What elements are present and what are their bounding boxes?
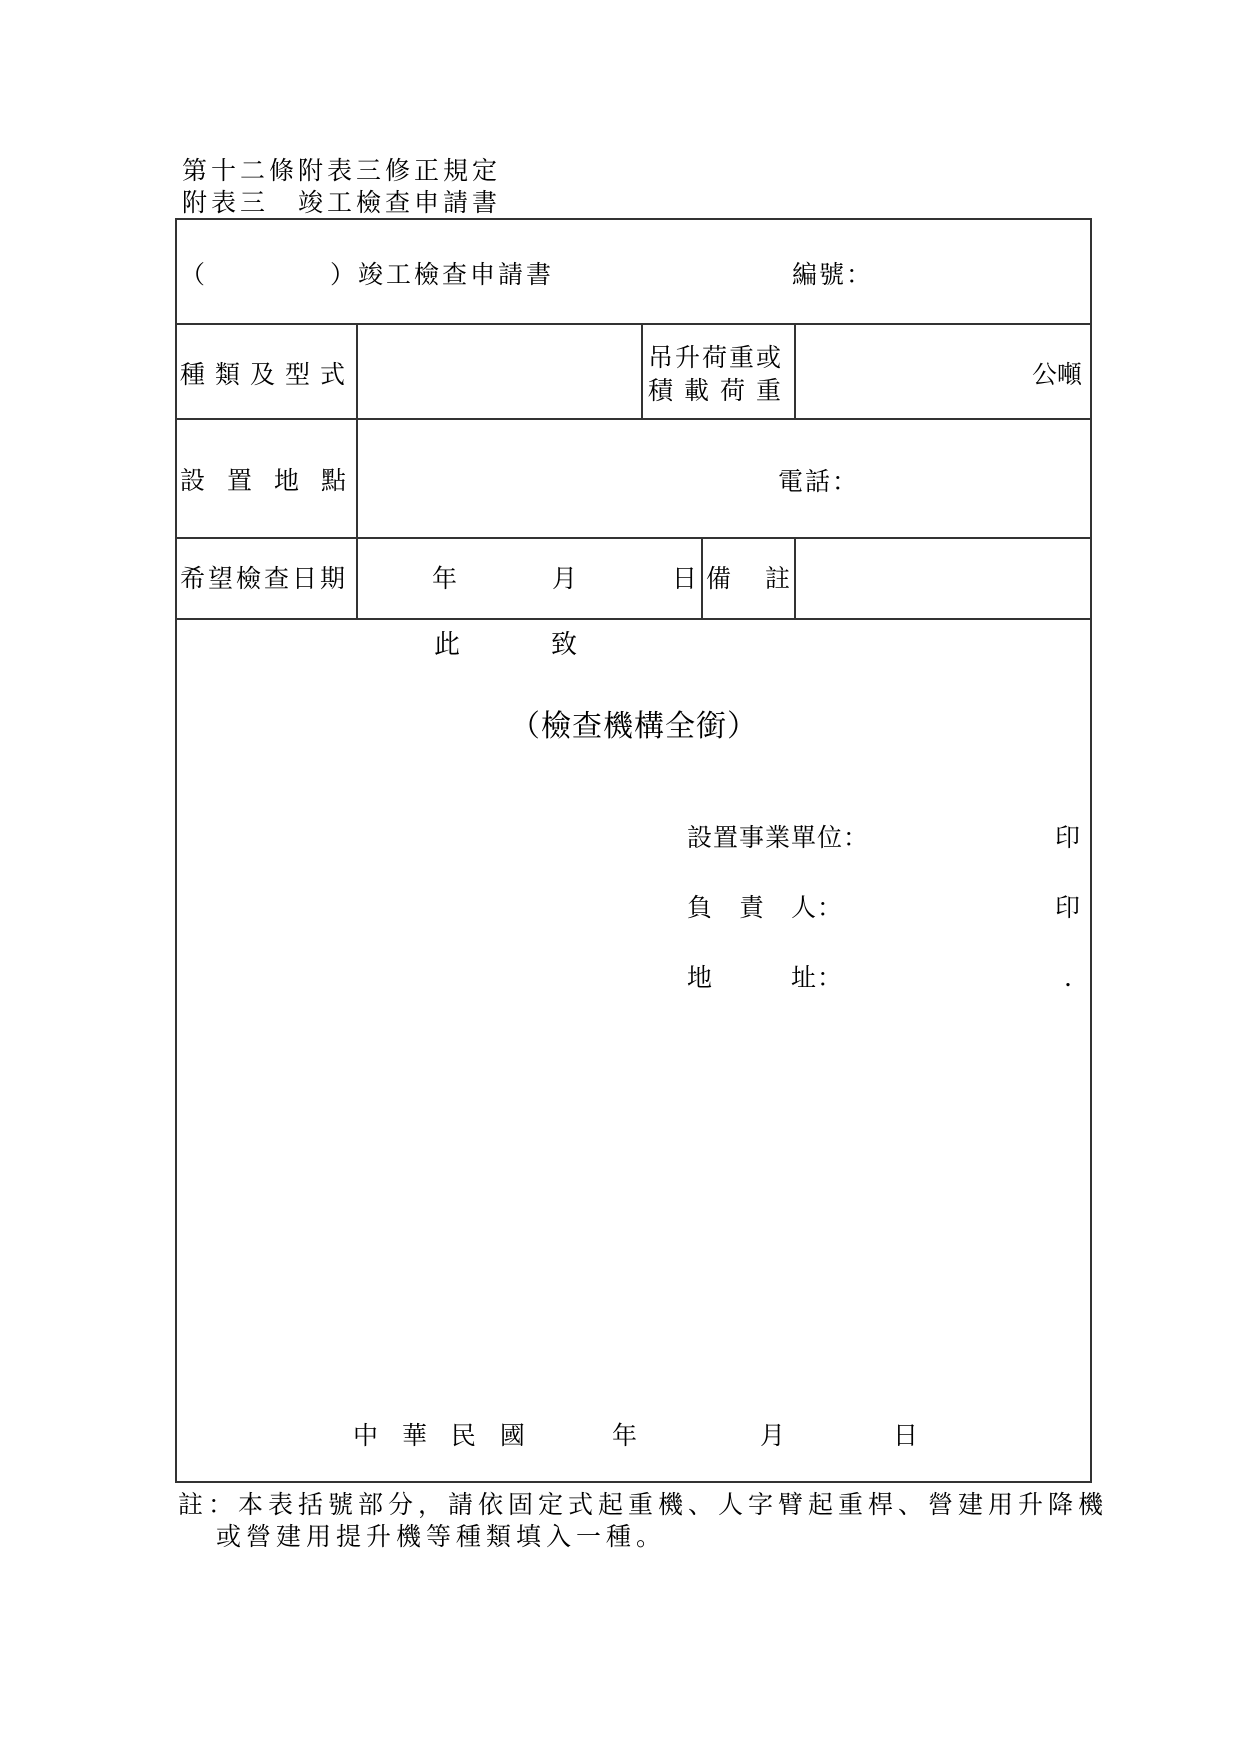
serial-number-label: 編號：: [792, 262, 873, 287]
column-divider: [641, 323, 643, 420]
desired-year-field[interactable]: [362, 545, 426, 611]
application-month-field[interactable]: [650, 1418, 755, 1452]
location-field[interactable]: [360, 422, 770, 536]
salutation-zhi: 致: [551, 632, 577, 658]
location-label: 設置地點: [180, 468, 368, 493]
form-heading: ）竣工檢查申請書: [330, 262, 554, 287]
row-divider: [175, 618, 1090, 620]
remarks-label-2: 註: [765, 566, 790, 591]
address-end-mark: .: [1064, 965, 1072, 990]
column-divider: [794, 537, 796, 620]
application-day-label: 日: [893, 1423, 918, 1448]
type-model-label: 種類及型式: [180, 362, 352, 387]
desired-month-label: 月: [552, 566, 577, 591]
salutation-ci: 此: [434, 632, 460, 658]
responsible-person-field[interactable]: [880, 885, 1050, 921]
load-capacity-field[interactable]: [798, 327, 1028, 417]
phone-label: 電話：: [778, 469, 859, 494]
footnote-line-2: 或營建用提升機等種類填入一種。: [216, 1524, 666, 1549]
load-label-line1: 吊升荷重或: [648, 345, 783, 370]
type-model-label-text: 種類及型式: [180, 362, 355, 387]
column-divider: [794, 323, 796, 420]
row-divider: [175, 537, 1090, 539]
inspection-type-open-paren: （: [180, 262, 205, 287]
application-month-label: 月: [760, 1423, 785, 1448]
row-divider: [175, 323, 1090, 325]
load-unit-label: 公噸: [1032, 362, 1082, 387]
address-field[interactable]: [880, 955, 1050, 991]
roc-era-label: 中 華 民 國: [353, 1423, 533, 1448]
desired-year-label: 年: [432, 566, 457, 591]
desired-month-field[interactable]: [462, 545, 547, 611]
desired-day-field[interactable]: [582, 545, 677, 611]
remarks-label-1: 備: [706, 566, 731, 591]
footnote-line-1: 註：本表括號部分，請依固定式起重機、人字臂起重桿、營建用升降機: [178, 1492, 1108, 1517]
inspection-type-input[interactable]: [215, 258, 325, 290]
application-day-field[interactable]: [795, 1418, 890, 1452]
address-label: 地 址：: [687, 965, 843, 990]
recipient-agency: （檢查機構全銜）: [510, 712, 758, 742]
regulation-title: 第十二條附表三修正規定: [182, 158, 501, 183]
phone-field[interactable]: [860, 455, 1085, 495]
desired-day-label: 日: [672, 566, 697, 591]
type-model-field[interactable]: [360, 327, 639, 417]
form-title: 附表三 竣工檢查申請書: [182, 190, 501, 215]
application-year-field[interactable]: [510, 1418, 605, 1452]
responsible-person-label: 負 責 人：: [687, 895, 843, 920]
remarks-field[interactable]: [798, 541, 1086, 617]
setup-unit-label: 設置事業單位：: [687, 825, 869, 850]
load-label-line2: 積載荷重: [648, 378, 792, 403]
seal-mark-unit: 印: [1055, 825, 1080, 850]
row-divider: [175, 418, 1090, 420]
setup-unit-field[interactable]: [880, 815, 1050, 851]
desired-date-label: 希望檢查日期: [180, 566, 348, 591]
seal-mark-person: 印: [1055, 895, 1080, 920]
column-divider: [701, 537, 703, 620]
serial-number-field[interactable]: [870, 255, 1080, 291]
application-year-label: 年: [612, 1423, 637, 1448]
